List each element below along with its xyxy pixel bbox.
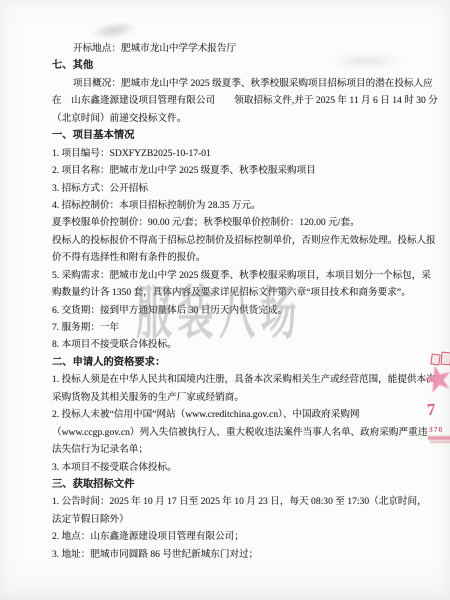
seal-text-smear	[430, 441, 450, 443]
doc-line: 5. 采购需求：肥城市龙山中学 2025 级夏季、秋季校服采购项目，本项目划分一…	[52, 267, 418, 284]
star-icon: ★	[418, 359, 450, 402]
doc-line: 3. 地址：肥城市同圆路 86 号世纪新城东门对过；	[52, 546, 418, 563]
red-seal-partial: ★ 7 370	[410, 350, 450, 460]
doc-line: 8. 本项目不接受联合体投标。	[52, 336, 418, 353]
scan-edge-shading	[0, 560, 450, 600]
doc-line: （北京时间）前递交投标文件。	[52, 110, 418, 127]
doc-line: 购数量约计各 1350 套，具体内容及要求详见招标文件第六章“项目技术和商务要求…	[52, 284, 418, 301]
doc-line: 法失信行为记录名单；	[52, 441, 418, 458]
doc-line: 4. 招标控制价：本项目招标控制价为 28.35 万元。	[52, 197, 418, 214]
doc-line: 一、项目基本情况	[52, 127, 418, 144]
seal-code: 370	[429, 425, 443, 434]
doc-line: 七、其他	[52, 57, 418, 74]
doc-line: 项目概况：肥城市龙山中学 2025 级夏季、秋季校服采购项目招标项目的潜在投标人…	[52, 75, 418, 92]
document-text-block: 开标地点：肥城市龙山中学学术报告厅七、其他项目概况：肥城市龙山中学 2025 级…	[52, 40, 418, 563]
doc-line: 三、获取招标文件	[52, 476, 418, 493]
doc-line: 在 山东鑫逄源建设项目管理有限公司 领取招标文件,并于 2025 年 11 月 …	[52, 92, 418, 109]
doc-line: 7. 服务期：一年	[52, 319, 418, 336]
doc-line: 二、申请人的资格要求：	[52, 354, 418, 371]
doc-line: 价不得有选择性和附有条件的报价。	[52, 249, 418, 266]
doc-line: 2. 投标人未被“信用中国”网站（www.creditchina.gov.cn）…	[52, 406, 418, 423]
doc-line: 2. 地点：山东鑫逄源建设项目管理有限公司；	[52, 528, 418, 545]
doc-line: 开标地点：肥城市龙山中学学术报告厅	[52, 40, 418, 57]
seal-number: 7	[426, 400, 436, 421]
doc-line: 法定节假日除外）	[52, 511, 418, 528]
doc-line: 6. 交货期：接到甲方通知量体后 30 日历天内供货完成。	[52, 302, 418, 319]
doc-line: 1. 投标人须是在中华人民共和国境内注册，具备本次采购相关生产或经营范围，能提供…	[52, 371, 418, 388]
scanned-document-page: 开标地点：肥城市龙山中学学术报告厅七、其他项目概况：肥城市龙山中学 2025 级…	[0, 0, 450, 600]
doc-line: 2. 项目名称：肥城市龙山中学 2025 级夏季、秋季校服采购项目	[52, 162, 418, 179]
doc-line: 1. 项目编号：SDXFYZB2025-10-17-01	[52, 145, 418, 162]
doc-line: 投标人的投标报价不得高于招标总控制价及招标控制单价，否则应作无效标处理。投标人报	[52, 232, 418, 249]
seal-text-smear	[428, 436, 450, 440]
doc-line: 3. 本项目不接受联合体投标。	[52, 459, 418, 476]
doc-line: 1. 公告时间：2025 年 10 月 17 日至 2025 年 10 月 23…	[52, 493, 418, 510]
doc-line: 采购货物及其相关服务的生产厂家或经销商。	[52, 389, 418, 406]
doc-line: 3. 招标方式：公开招标	[52, 180, 418, 197]
doc-line: （www.ccgp.gov.cn）列入失信被执行人、重大税收违法案件当事人名单、…	[52, 424, 418, 441]
doc-line: 夏季校服单价控制价：90.00 元/套；秋季校服单价控制价：120.00 元/套…	[52, 214, 418, 231]
